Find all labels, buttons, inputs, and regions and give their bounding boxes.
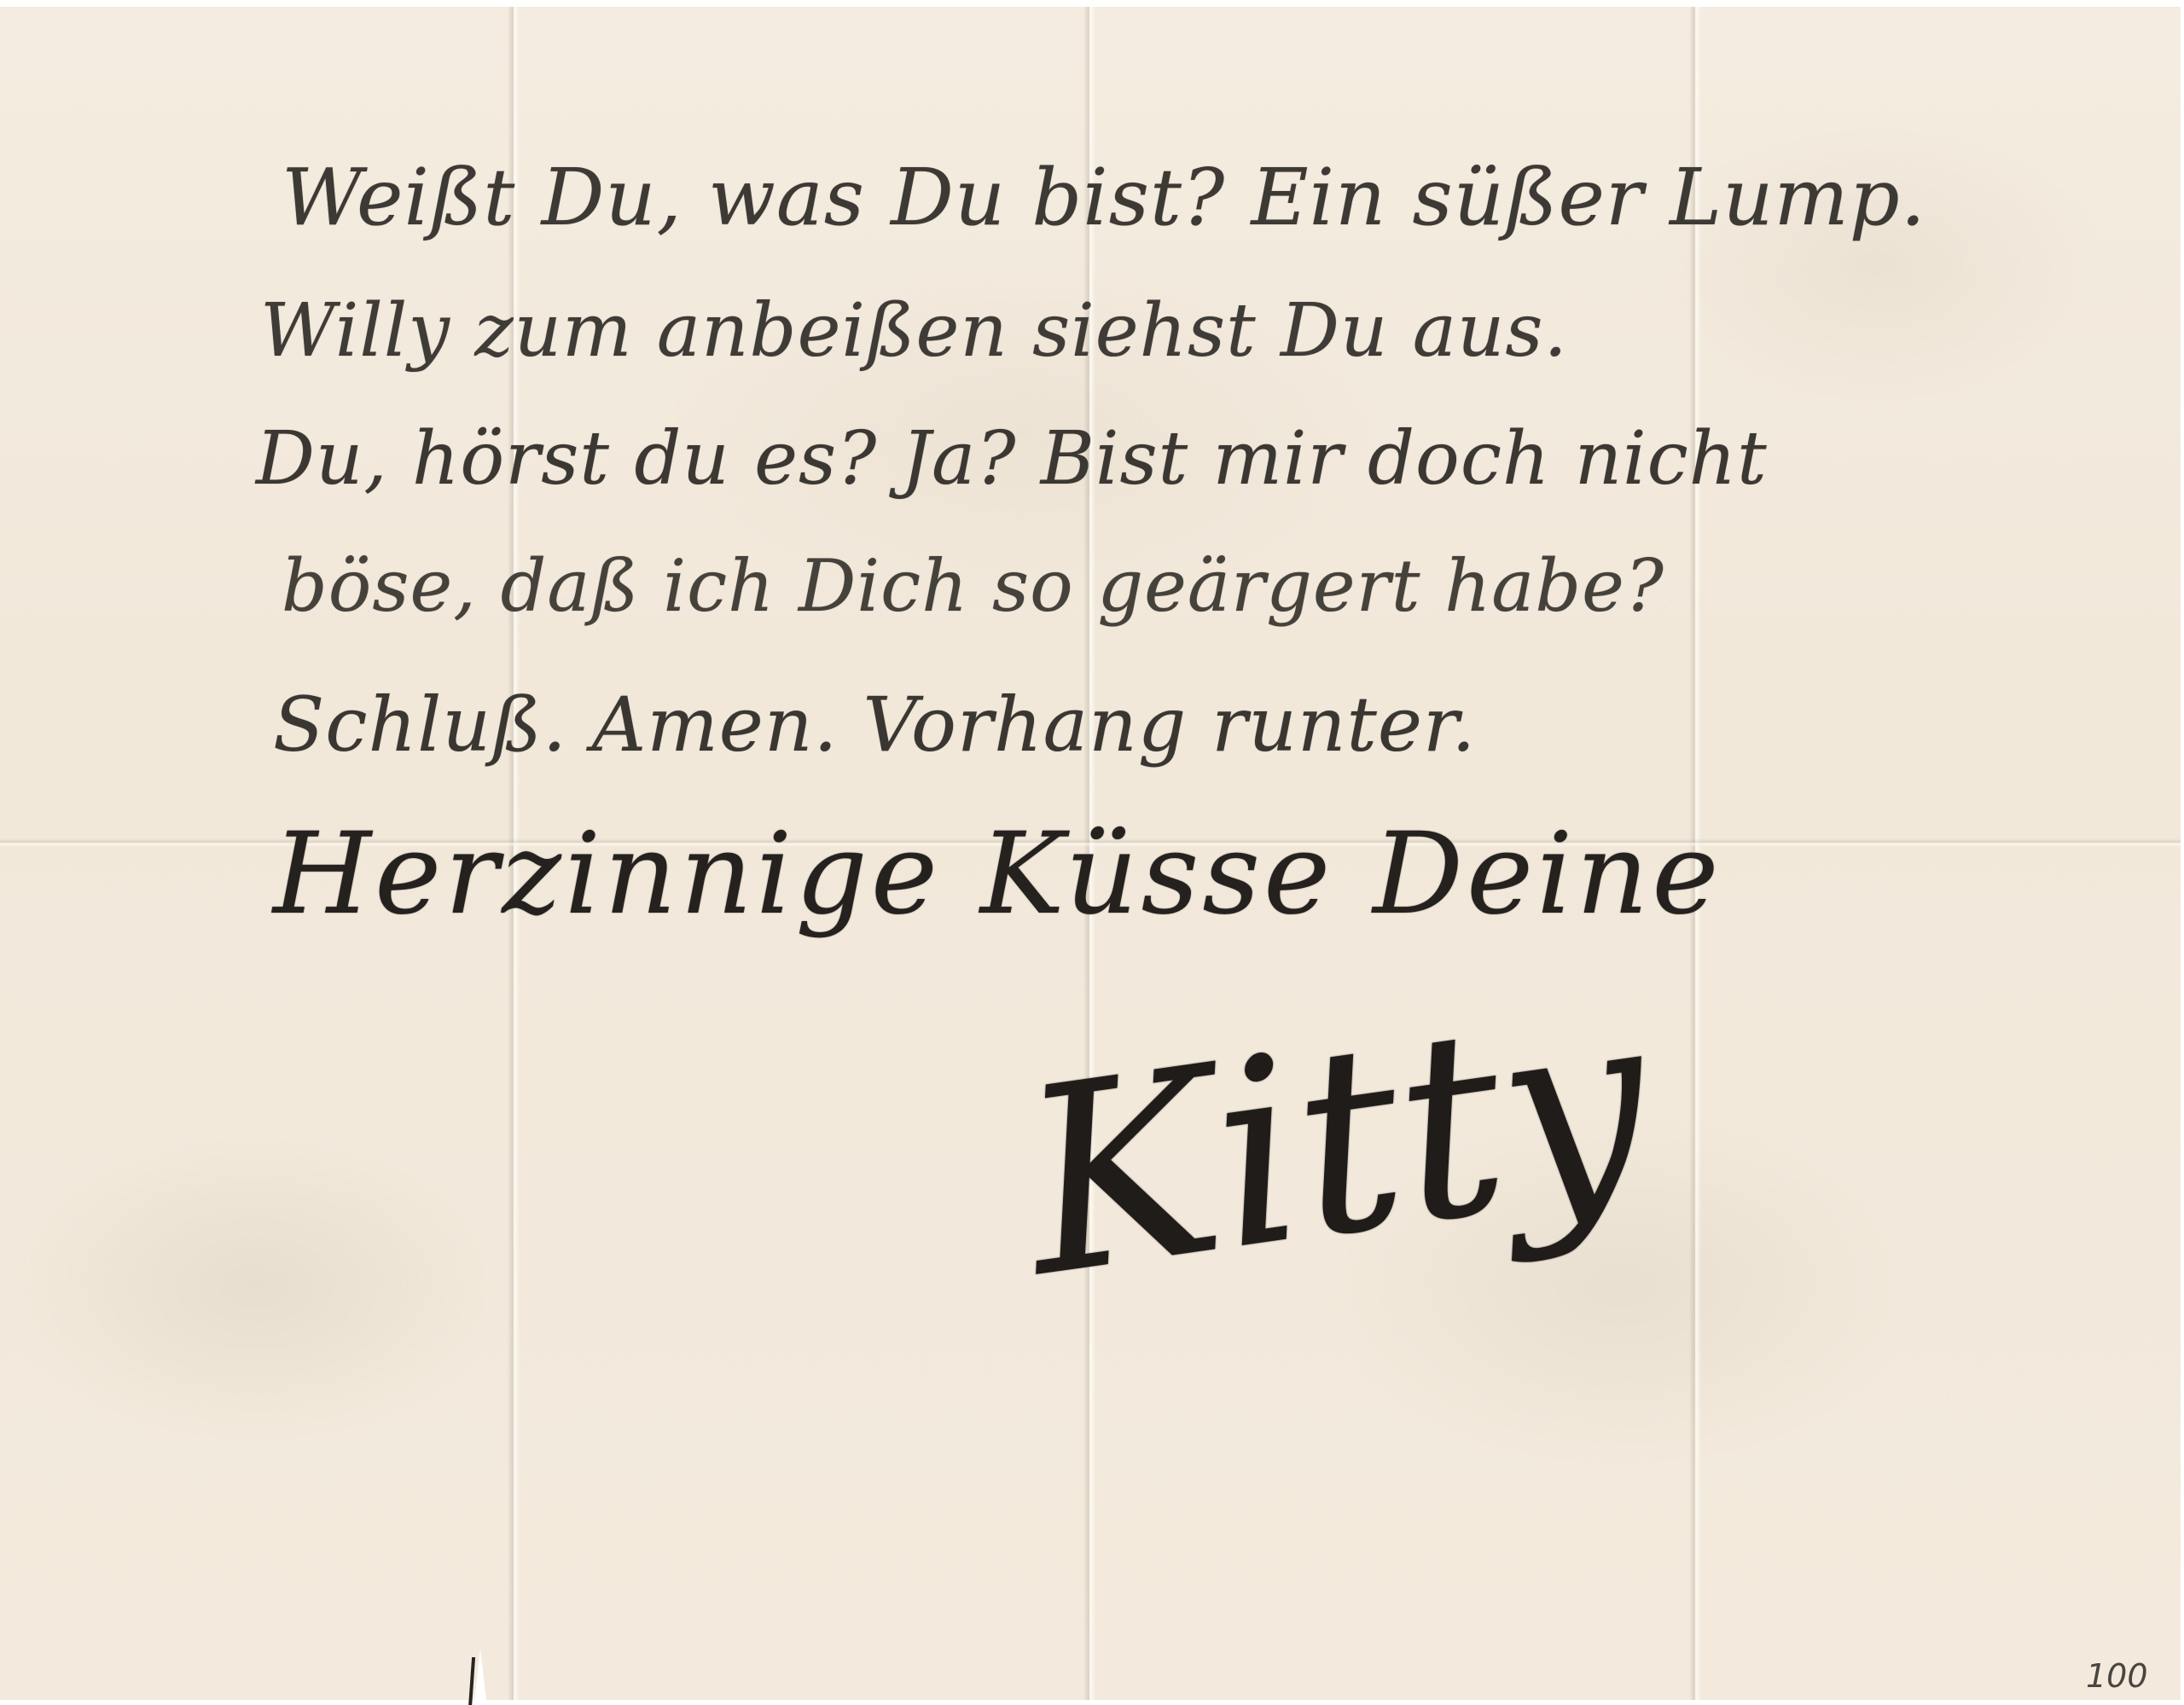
- letter-body: Weißt Du, was Du bist? Ein süßer Lump. W…: [0, 7, 2181, 1700]
- letter-line: böse, daß ich Dich so geärgert habe?: [282, 544, 1664, 628]
- letter-line: Du, hörst du es? Ja? Bist mir doch nicht: [256, 416, 1768, 502]
- letter-paper: Weißt Du, was Du bist? Ein süßer Lump. W…: [0, 7, 2181, 1700]
- page-number: 100: [2086, 1657, 2148, 1695]
- signature: Kitty: [1007, 952, 1665, 1333]
- letter-closing: Herzinnige Küsse Deine: [273, 809, 1722, 940]
- letter-line: Willy zum anbeißen siehst Du aus.: [260, 288, 1568, 374]
- letter-line: Schluß. Amen. Vorhang runter.: [273, 681, 1476, 768]
- letter-line: Weißt Du, was Du bist? Ein süßer Lump.: [282, 152, 1926, 243]
